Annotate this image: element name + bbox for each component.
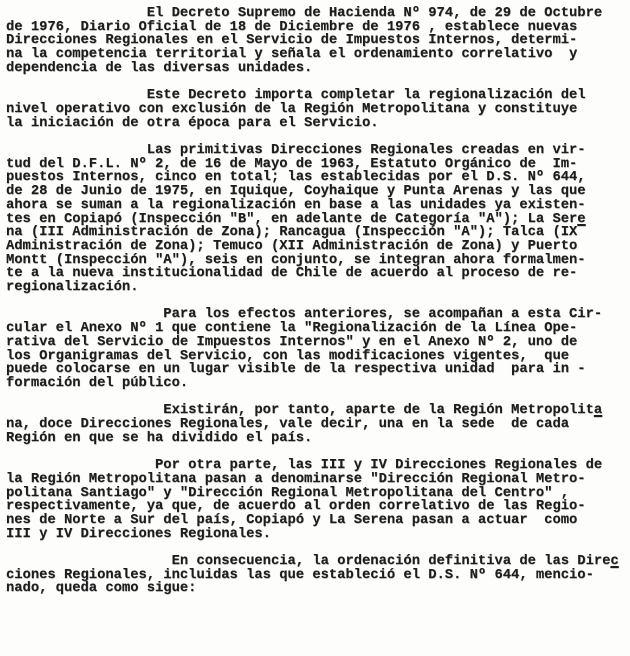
text-line: la Región Metropolitana pasan a denomina… (6, 473, 630, 487)
text-line: Este Decreto importa completar la region… (6, 89, 630, 103)
text-line: respectivamente, ya que, de acuerdo al o… (6, 500, 630, 514)
text-line: III y IV Direcciones Regionales. (6, 528, 630, 542)
text-line: na, doce Direcciones Regionales, vale de… (6, 418, 630, 432)
paragraph: El Decreto Supremo de Hacienda Nº 974, d… (6, 7, 630, 76)
text-line: Las primitivas Direcciones Regionales cr… (6, 144, 630, 158)
text-line: Por otra parte, las III y IV Direcciones… (6, 459, 630, 473)
paragraph: Para los efectos anteriores, se acompaña… (6, 308, 630, 390)
text-line: regionalización. (6, 281, 630, 295)
text-line: rativa del Servicio de Impuestos Interno… (6, 336, 630, 350)
text-line: formación del público. (6, 377, 630, 391)
text-line: nes de Norte a Sur del país, Copiapó y L… (6, 514, 630, 528)
text-line: nado, queda como sigue: (6, 582, 630, 596)
underlined-text-segment: c (610, 554, 618, 569)
text-segment: nado, queda como sigue: (6, 581, 196, 596)
text-line: Existirán, por tanto, aparte de la Regió… (6, 404, 630, 418)
text-segment: dependencia de las diversas unidades. (6, 61, 312, 76)
text-segment: la iniciación de otra época para el Serv… (6, 116, 379, 131)
text-line: te a la nueva institucionalidad de Chile… (6, 267, 630, 281)
text-line: El Decreto Supremo de Hacienda Nº 974, d… (6, 7, 630, 21)
text-line: puede colocarse en un lugar visible de l… (6, 363, 630, 377)
underlined-text-segment: a (594, 403, 602, 418)
text-segment: regionalización. (6, 280, 138, 295)
text-line: Administración de Zona); Temuco (XII Adm… (6, 240, 630, 254)
text-line: na la competencia territorial y señala e… (6, 48, 630, 62)
text-segment: III y IV Direcciones Regionales. (6, 527, 271, 542)
text-line: de 28 de Junio de 1975, en Iquique, Coyh… (6, 185, 630, 199)
text-line: la iniciación de otra época para el Serv… (6, 117, 630, 131)
text-segment: formación del público. (6, 376, 188, 391)
text-line: nivel operativo con exclusión de la Regi… (6, 103, 630, 117)
paragraph: Por otra parte, las III y IV Direcciones… (6, 459, 630, 541)
paragraph: Este Decreto importa completar la region… (6, 89, 630, 130)
text-line: Región en que se ha dividido el país. (6, 432, 630, 446)
paragraph: Existirán, por tanto, aparte de la Regió… (6, 404, 630, 445)
paragraph: Las primitivas Direcciones Regionales cr… (6, 144, 630, 295)
text-line: cular el Anexo Nº 1 que contiene la "Reg… (6, 322, 630, 336)
text-line: dependencia de las diversas unidades. (6, 62, 630, 76)
text-line: na (III Administración de Zona); Rancagu… (6, 226, 630, 240)
text-line: En consecuencia, la ordenación definitiv… (6, 555, 630, 569)
text-line: ahora se suman a la regionalización en b… (6, 199, 630, 213)
text-segment: Región en que se ha dividido el país. (6, 431, 312, 446)
document-page: El Decreto Supremo de Hacienda Nº 974, d… (0, 0, 630, 656)
underlined-text-segment: e (577, 212, 585, 227)
paragraph: En consecuencia, la ordenación definitiv… (6, 555, 630, 596)
